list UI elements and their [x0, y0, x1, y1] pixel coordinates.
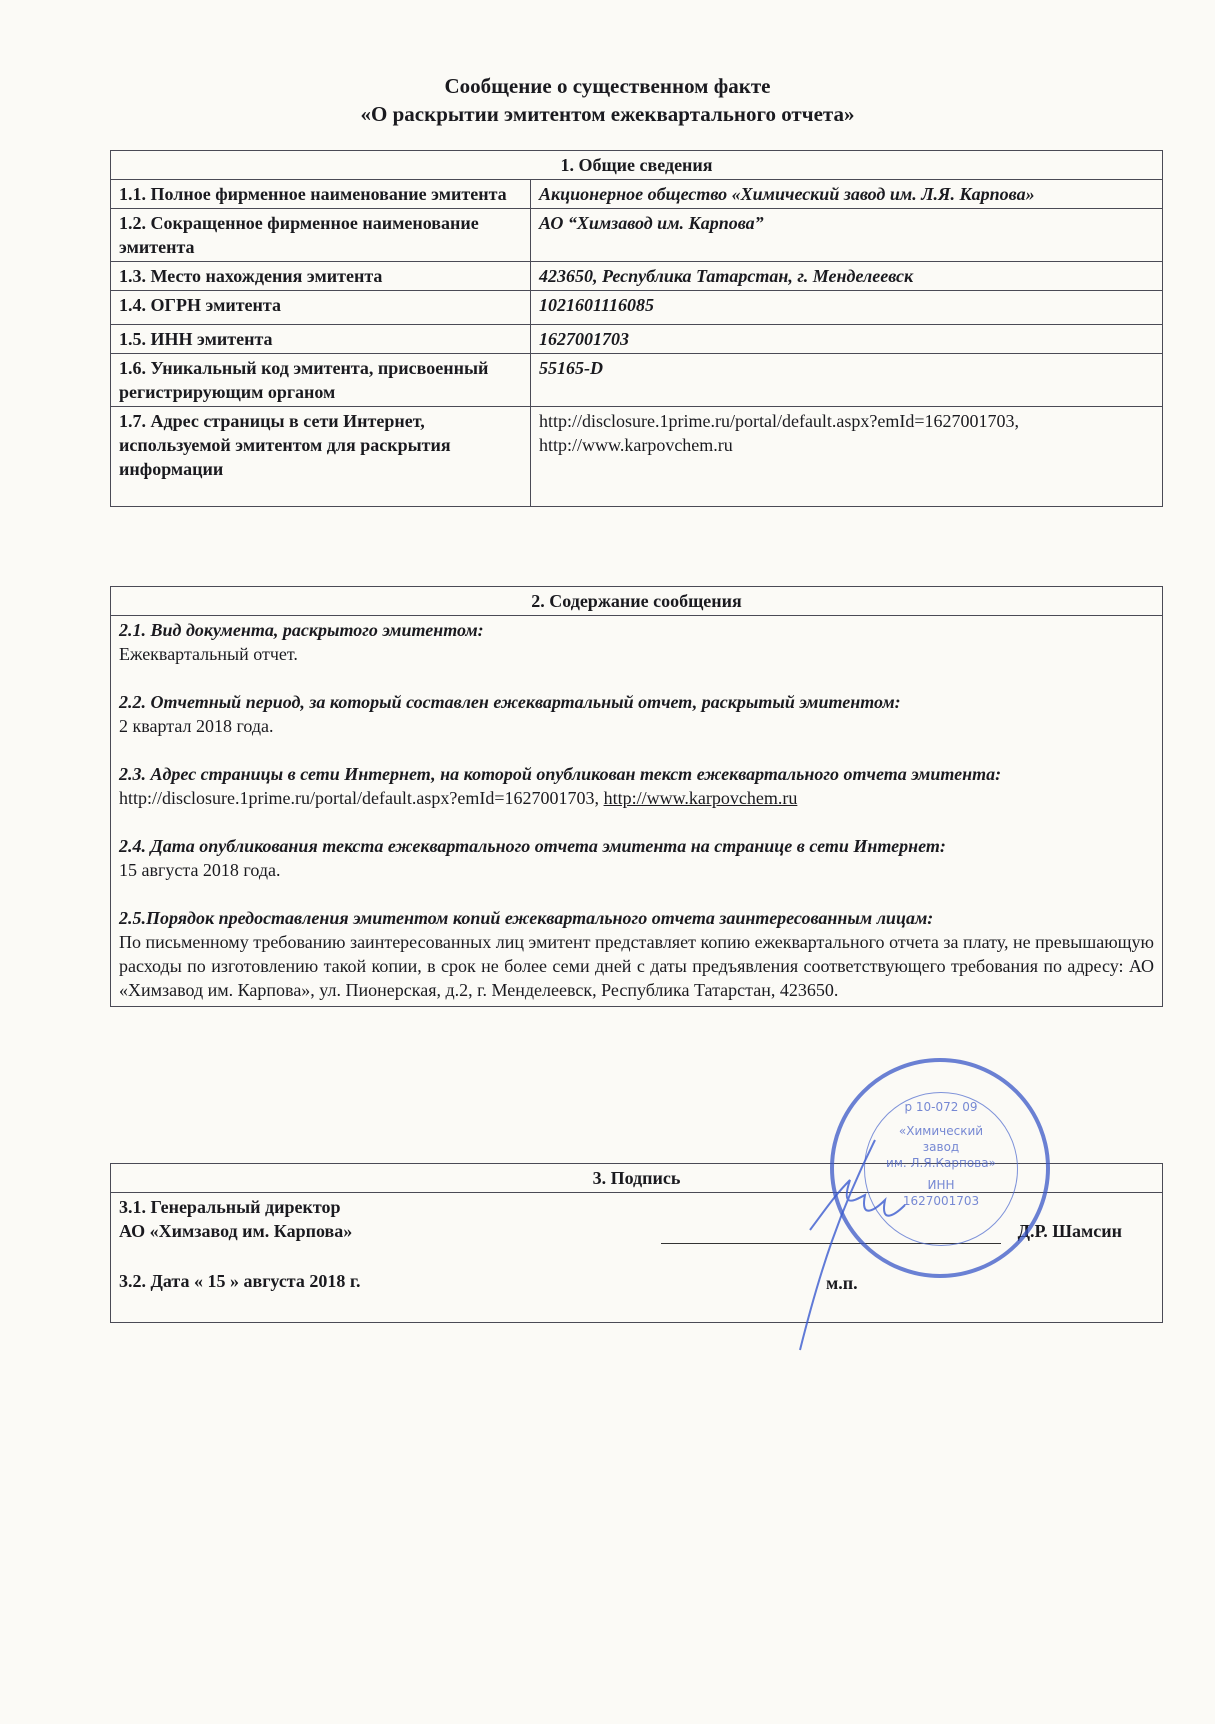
- general-info-table: 1. Общие сведения 1.1. Полное фирменное …: [110, 150, 1163, 507]
- table-row: 1.3. Место нахождения эмитента 423650, Р…: [111, 262, 1163, 291]
- item-question: 2.2. Отчетный период, за который составл…: [119, 690, 1154, 714]
- row-label: 1.2. Сокращенное фирменное наименование …: [111, 209, 531, 262]
- item-answer: 15 августа 2018 года.: [119, 858, 1154, 882]
- company-website-link[interactable]: http://www.karpovchem.ru: [604, 788, 798, 808]
- table-row: 1.4. ОГРН эмитента 1021601116085: [111, 291, 1163, 325]
- row-label: 1.7. Адрес страницы в сети Интернет, исп…: [111, 407, 531, 507]
- section-header: 1. Общие сведения: [111, 151, 1163, 180]
- website-links[interactable]: http://disclosure.1prime.ru/portal/defau…: [531, 407, 1163, 507]
- title-line-2: «О раскрытии эмитентом ежеквартального о…: [0, 100, 1215, 128]
- item-answer: По письменному требованию заинтересованн…: [119, 930, 1154, 1002]
- row-label: 1.6. Уникальный код эмитента, присвоенны…: [111, 354, 531, 407]
- table-row: 1.2. Сокращенное фирменное наименование …: [111, 209, 1163, 262]
- row-value: 1627001703: [531, 325, 1163, 354]
- row-label: 1.4. ОГРН эмитента: [111, 291, 531, 325]
- disclosure-link[interactable]: http://disclosure.1prime.ru/portal/defau…: [119, 788, 604, 808]
- item-question: 2.1. Вид документа, раскрытого эмитентом…: [119, 618, 1154, 642]
- row-label: 1.3. Место нахождения эмитента: [111, 262, 531, 291]
- row-label: 1.1. Полное фирменное наименование эмите…: [111, 180, 531, 209]
- document-title: Сообщение о существенном факте «О раскры…: [0, 72, 1215, 128]
- row-value: АО “Химзавод им. Карпова”: [531, 209, 1163, 262]
- row-value: 55165-D: [531, 354, 1163, 407]
- table-row: 1.1. Полное фирменное наименование эмите…: [111, 180, 1163, 209]
- handwritten-signature-icon: [780, 1100, 980, 1360]
- title-line-1: Сообщение о существенном факте: [0, 72, 1215, 100]
- item-question: 2.3. Адрес страницы в сети Интернет, на …: [119, 762, 1154, 786]
- row-value: 1021601116085: [531, 291, 1163, 325]
- item-question: 2.4. Дата опубликования текста ежекварта…: [119, 834, 1154, 858]
- row-label: 1.5. ИНН эмитента: [111, 325, 531, 354]
- item-answer: 2 квартал 2018 года.: [119, 714, 1154, 738]
- item-answer: Ежеквартальный отчет.: [119, 642, 1154, 666]
- table-row: 1.7. Адрес страницы в сети Интернет, исп…: [111, 407, 1163, 507]
- message-content-table: 2. Содержание сообщения 2.1. Вид докумен…: [110, 586, 1163, 1007]
- section-header: 2. Содержание сообщения: [111, 587, 1163, 616]
- row-value: Акционерное общество «Химический завод и…: [531, 180, 1163, 209]
- item-question: 2.5.Порядок предоставления эмитентом коп…: [119, 906, 1154, 930]
- row-value: 423650, Республика Татарстан, г. Менделе…: [531, 262, 1163, 291]
- table-row: 1.5. ИНН эмитента 1627001703: [111, 325, 1163, 354]
- table-row: 1.6. Уникальный код эмитента, присвоенны…: [111, 354, 1163, 407]
- sign-date: 3.2. Дата « 15 » августа 2018 г.: [119, 1269, 361, 1293]
